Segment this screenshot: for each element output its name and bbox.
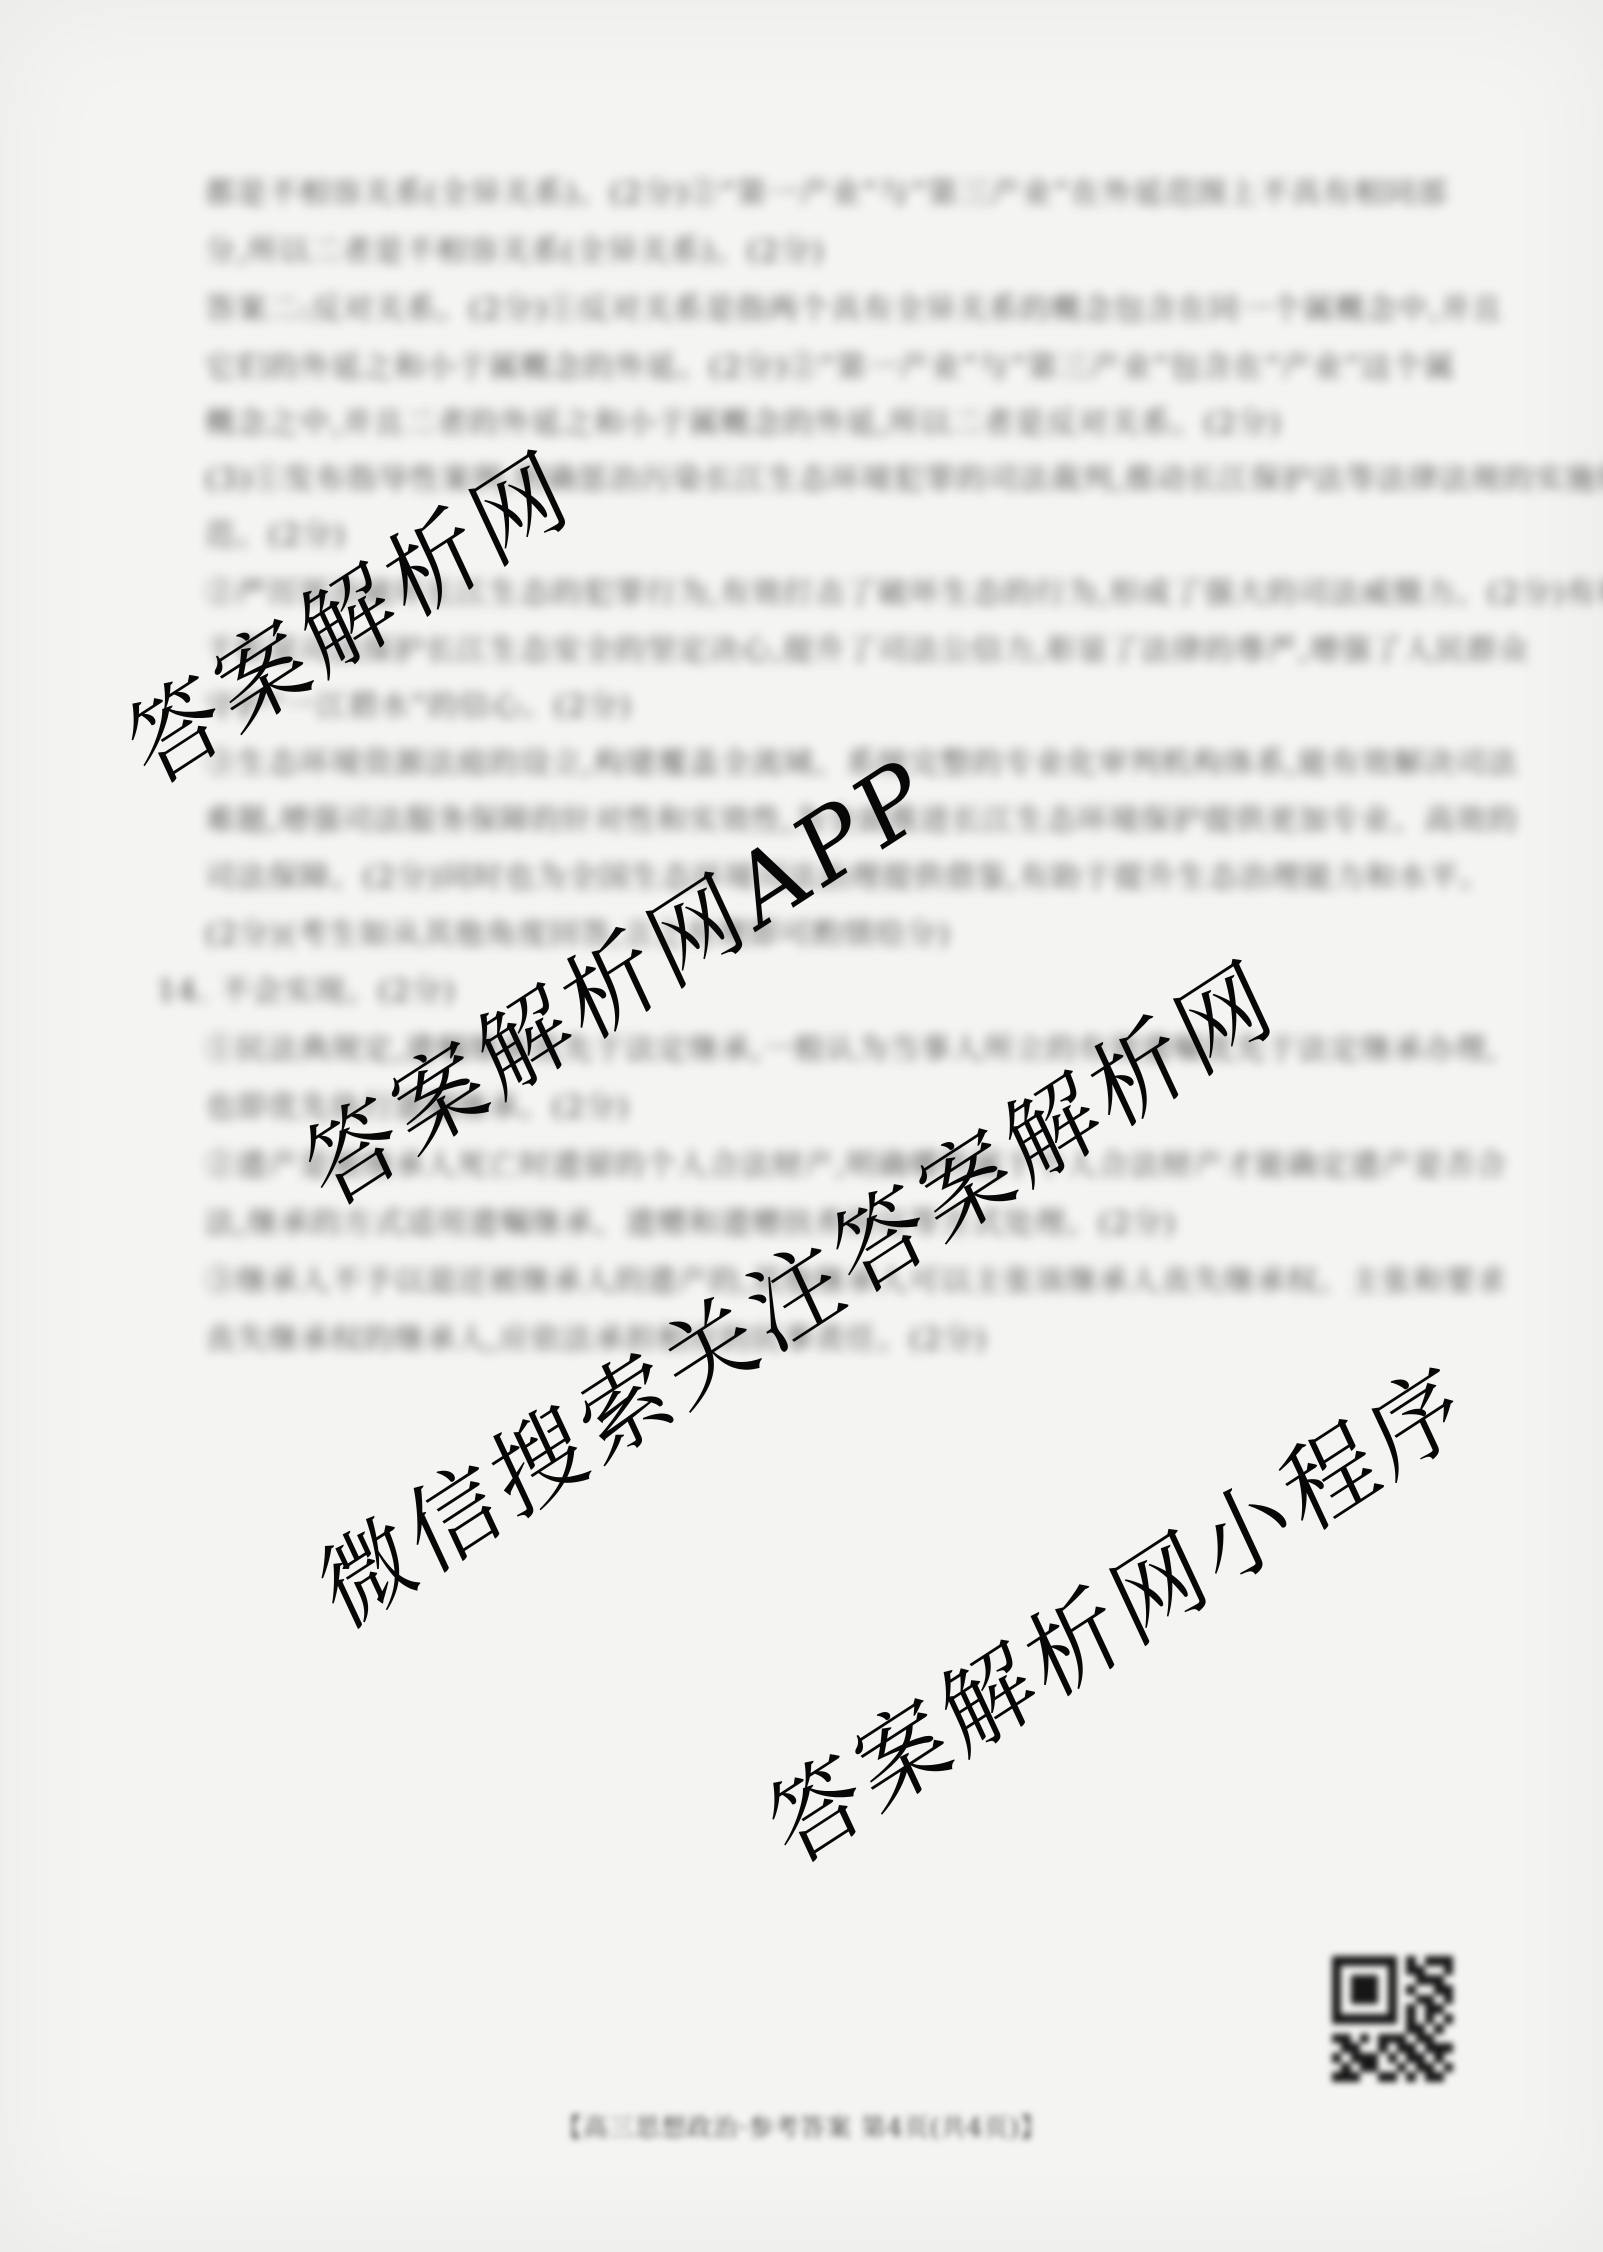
qr-row xyxy=(1332,2004,1453,2014)
watermark-miniprogram: 答案解析网小程序 xyxy=(745,1323,1488,1893)
qr-row xyxy=(1332,1966,1453,1976)
body-text-line: 它们的外延之和小于属概念的外延。(2分)②“第一产业”与“第三产业”包含在“产业… xyxy=(205,342,1456,386)
qr-row xyxy=(1332,2024,1453,2034)
qr-row xyxy=(1332,2034,1453,2044)
qr-row xyxy=(1332,2063,1453,2073)
qr-row xyxy=(1332,1975,1453,1985)
qr-row xyxy=(1332,2014,1453,2024)
body-text-line: 分,所以二者是不相容关系(全异关系)。(2分) xyxy=(205,226,825,270)
qr-row xyxy=(1332,1995,1453,2005)
qr-row xyxy=(1332,2072,1453,2082)
qr-row xyxy=(1332,1985,1453,1995)
body-text-line: 答案二:反对关系。(2分)①反对关系是指两个具有全异关系的概念包含在同一个属概念… xyxy=(205,284,1503,328)
page-footer: 【高三思想政治·参考答案 第4页(共4页)】 xyxy=(0,2108,1603,2144)
qr-row xyxy=(1332,2043,1453,2053)
scanned-answer-page: 都是不相容关系(全异关系)。(2分)②“第一产业”与“第三产业”在外延范围上不具… xyxy=(0,0,1603,2252)
qr-row xyxy=(1332,1956,1453,1966)
body-text-line: 14. 不会实现。(2分) xyxy=(157,966,456,1010)
body-text-line: 概念之中,并且二者的外延之和小于属概念的外延,所以二者是反对关系。(2分) xyxy=(205,398,1282,442)
qr-row xyxy=(1332,2053,1453,2063)
qr-code xyxy=(1332,1956,1453,2082)
body-text-line: 都是不相容关系(全异关系)。(2分)②“第一产业”与“第三产业”在外延范围上不具… xyxy=(205,168,1448,212)
